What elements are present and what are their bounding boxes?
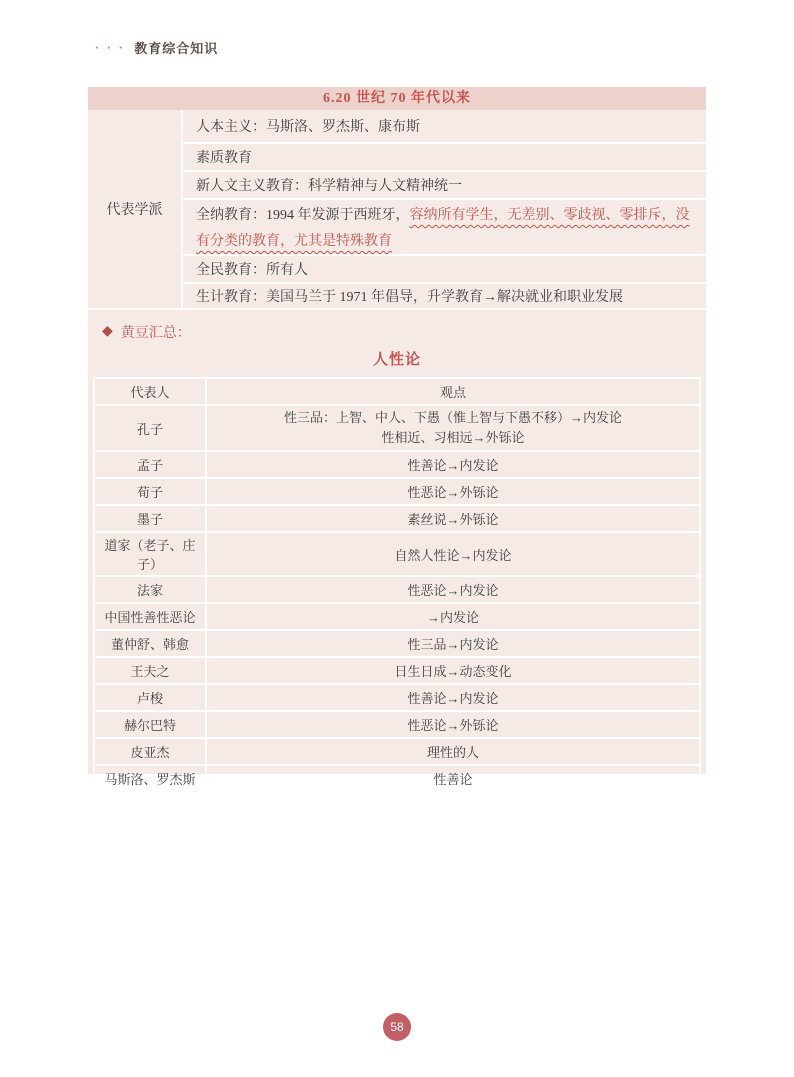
table-row: 董仲舒、韩愈 性三品→内发论: [95, 629, 699, 656]
table-row: 全民教育：所有人: [183, 254, 706, 282]
row-text: 新人文主义教育：科学精神与人文精神统一: [196, 175, 462, 195]
column-header-view: 观点: [207, 379, 699, 404]
view-cell: 素丝说→外铄论: [207, 506, 699, 531]
table-row: 墨子 素丝说→外铄论: [95, 504, 699, 531]
view-cell: 性善论→内发论: [207, 685, 699, 710]
table-row: 皮亚杰 理性的人: [95, 737, 699, 764]
table-row: 道家（老子、庄子） 自然人性论→内发论: [95, 531, 699, 575]
table-row: 素质教育: [183, 142, 706, 170]
row-text: 人本主义：马斯洛、罗杰斯、康布斯: [196, 116, 420, 136]
table-row: 新人文主义教育：科学精神与人文精神统一: [183, 170, 706, 198]
column-header-person: 代表人: [95, 379, 207, 404]
view-cell: 性三品：上智、中人、下愚（惟上智与下愚不移）→内发论 性相近、习相远→外铄论: [207, 406, 699, 450]
table-row: 王夫之 日生日成→动态变化: [95, 656, 699, 683]
person-cell: 董仲舒、韩愈: [95, 631, 207, 656]
row-text: 全纳教育：1994 年发源于西班牙，: [196, 208, 410, 223]
person-cell: 道家（老子、庄子）: [95, 533, 207, 575]
summary-label: 黄豆汇总：: [121, 322, 191, 342]
view-cell: 理性的人: [207, 739, 699, 764]
table-row: 荀子 性恶论→外铄论: [95, 477, 699, 504]
page-number-badge: 58: [383, 1013, 411, 1041]
row-text: 全民教育：所有人: [196, 259, 308, 279]
table-row: 马斯洛、罗杰斯 性善论: [95, 764, 699, 791]
table-row: 孟子 性善论→内发论: [95, 450, 699, 477]
person-cell: 王夫之: [95, 658, 207, 683]
view-cell: →内发论: [207, 604, 699, 629]
person-cell: 孟子: [95, 452, 207, 477]
row-text: 素质教育: [196, 147, 252, 167]
view-cell: 性三品→内发论: [207, 631, 699, 656]
view-line: 性相近、习相远→外铄论: [381, 428, 524, 448]
table-row: 全纳教育：1994 年发源于西班牙，容纳所有学生，无差别、零歧视、零排斥，没有分…: [183, 198, 706, 254]
table-row: 人本主义：马斯洛、罗杰斯、康布斯: [183, 110, 706, 142]
nature-table-title: 人性论: [88, 348, 706, 372]
person-cell: 卢梭: [95, 685, 207, 710]
table-row: 赫尔巴特 性恶论→外铄论: [95, 710, 699, 737]
section-table: 代表学派 人本主义：马斯洛、罗杰斯、康布斯 素质教育 新人文主义教育：科学精神与…: [88, 110, 706, 310]
table-row: 中国性善性恶论 →内发论: [95, 602, 699, 629]
row-text: 生计教育：美国马兰于 1971 年倡导，升学教育→解决就业和职业发展: [196, 286, 623, 306]
person-cell: 皮亚杰: [95, 739, 207, 764]
table-row: 法家 性恶论→内发论: [95, 575, 699, 602]
summary-heading: ◆ 黄豆汇总：: [88, 310, 706, 344]
document-title: 教育综合知识: [134, 38, 218, 57]
person-cell: 墨子: [95, 506, 207, 531]
view-cell: 性善论→内发论: [207, 452, 699, 477]
view-cell: 性善论: [207, 766, 699, 791]
person-cell: 马斯洛、罗杰斯: [95, 766, 207, 791]
diamond-bullet-icon: ◆: [102, 325, 113, 339]
person-cell: 荀子: [95, 479, 207, 504]
view-cell: 自然人性论→内发论: [207, 533, 699, 575]
table-header-row: 代表人 观点: [95, 379, 699, 404]
view-cell: 性恶论→外铄论: [207, 712, 699, 737]
table-row: 卢梭 性善论→内发论: [95, 683, 699, 710]
view-line: 性三品：上智、中人、下愚（惟上智与下愚不移）→内发论: [284, 408, 622, 428]
view-cell: 性恶论→外铄论: [207, 479, 699, 504]
section-table-rows: 人本主义：马斯洛、罗杰斯、康布斯 素质教育 新人文主义教育：科学精神与人文精神统…: [183, 110, 706, 308]
person-cell: 法家: [95, 577, 207, 602]
content-panel: 6.20 世纪 70 年代以来 代表学派 人本主义：马斯洛、罗杰斯、康布斯 素质…: [88, 87, 706, 774]
nature-table: 代表人 观点 孔子 性三品：上智、中人、下愚（惟上智与下愚不移）→内发论 性相近…: [93, 377, 701, 793]
person-cell: 赫尔巴特: [95, 712, 207, 737]
view-cell: 性恶论→内发论: [207, 577, 699, 602]
document-page: · · · 教育综合知识 6.20 世纪 70 年代以来 代表学派 人本主义：马…: [0, 0, 794, 1077]
row-group-label: 代表学派: [88, 110, 183, 308]
view-cell: 日生日成→动态变化: [207, 658, 699, 683]
section-table-header: 6.20 世纪 70 年代以来: [88, 87, 706, 110]
table-row: 生计教育：美国马兰于 1971 年倡导，升学教育→解决就业和职业发展: [183, 282, 706, 308]
table-row: 孔子 性三品：上智、中人、下愚（惟上智与下愚不移）→内发论 性相近、习相远→外铄…: [95, 404, 699, 450]
person-cell: 中国性善性恶论: [95, 604, 207, 629]
page-header: · · · 教育综合知识: [95, 38, 218, 57]
person-cell: 孔子: [95, 406, 207, 450]
header-dots-icon: · · ·: [95, 40, 125, 55]
